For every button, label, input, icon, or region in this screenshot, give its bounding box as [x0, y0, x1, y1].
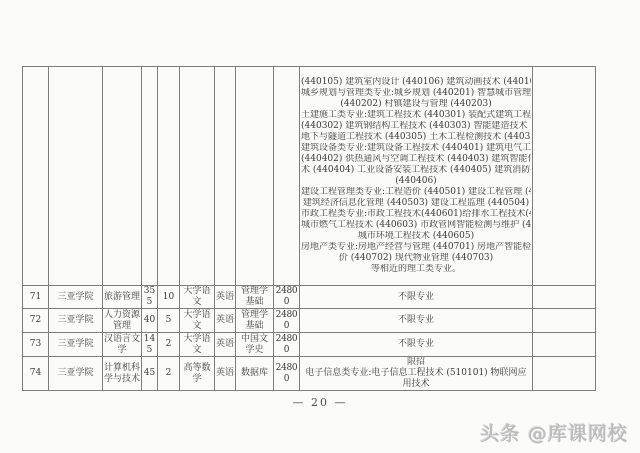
- exam-subject3-cell: 管理学基础: [236, 309, 274, 333]
- page-number: — 20 —: [0, 396, 640, 409]
- empty-cell: [533, 286, 596, 309]
- empty-cell: [158, 67, 180, 286]
- empty-cell: [103, 67, 142, 286]
- remark-line: 不限专业: [301, 339, 531, 350]
- count-cell: 2: [158, 357, 180, 391]
- empty-cell: [274, 67, 300, 286]
- count-cell: 10: [158, 286, 180, 309]
- major-cell: 人力资源管理: [103, 309, 142, 333]
- exam-subject3-cell: 管理学基础: [236, 286, 274, 309]
- remark-line: 不限专业: [301, 292, 531, 303]
- major-list-line: (440402) 供热通风与空调工程技术 (440403) 建筑智能化工程技: [301, 154, 531, 165]
- major-list-line: 市政工程类专业:市政工程技术(440601)给排水工程技术(440602): [301, 209, 531, 220]
- row-number-cell: 73: [23, 333, 49, 357]
- table-row: 74 三亚学院 计算机科学与技术 45 2 高等数学 英语 数据库 24800 …: [23, 357, 596, 391]
- major-list-line: 城市燃气工程技术 (440603) 市政管网智能检测与维护 (440604): [301, 220, 531, 231]
- major-list-line: 房地产类专业:房地产经营与管理 (440701) 房地产智能检测与估: [301, 242, 531, 253]
- exam-subject2-cell: 英语: [215, 357, 236, 391]
- major-list-line: 价 (440702) 现代物业管理 (440703): [301, 253, 531, 264]
- empty-cell: [180, 67, 215, 286]
- fee-cell: 24800: [274, 333, 300, 357]
- fee-cell: 24800: [274, 309, 300, 333]
- table-row: 72 三亚学院 人力资源管理 40 5 大学语文 英语 管理学基础 24800 …: [23, 309, 596, 333]
- major-list-line: (440406): [301, 176, 531, 187]
- major-list-line: 土建施工类专业:建筑工程技术 (440301) 装配式建筑工程技术: [301, 110, 531, 121]
- major-list-line: (440302) 建筑钢结构工程技术 (440303) 智能建造技术 (4403…: [301, 121, 531, 132]
- major-list-line: 建筑设备类专业:建筑设备工程技术 (440401) 建筑电气工程技术: [301, 143, 531, 154]
- major-list-line: 等相近的理工类专业。: [301, 264, 531, 275]
- major-list-line: 术 (440404) 工业设备安装工程技术 (440405) 建筑消防技术: [301, 165, 531, 176]
- exam-subject1-cell: 高等数学: [180, 357, 215, 391]
- empty-cell: [142, 67, 158, 286]
- exam-subject3-cell: 数据库: [236, 357, 274, 391]
- exam-subject1-cell: 大学语文: [180, 333, 215, 357]
- college-cell: 三亚学院: [49, 309, 103, 333]
- major-list-line: 城市环境工程技术 (440605): [301, 231, 531, 242]
- table-row-continuation: (440105) 建筑室内设计 (440106) 建筑动画技术 (440107)…: [23, 67, 596, 286]
- major-list-line: 城乡规划与管理类专业:城乡规划 (440201) 智慧城市管理技术: [301, 88, 531, 99]
- row-number-cell: 74: [23, 357, 49, 391]
- empty-cell: [23, 67, 49, 286]
- remark-line: 限招: [301, 357, 531, 368]
- table-row: 71 三亚学院 旅游管理 355 10 大学语文 英语 管理学基础 24800 …: [23, 286, 596, 309]
- empty-cell: [215, 67, 236, 286]
- count-cell: 5: [158, 309, 180, 333]
- remark-cell: 限招 电子信息类专业:电子信息工程技术 (510101) 物联网应用技术: [300, 357, 533, 391]
- empty-cell: [533, 333, 596, 357]
- exam-subject2-cell: 英语: [215, 333, 236, 357]
- row-number-cell: 72: [23, 309, 49, 333]
- table-row: 73 三亚学院 汉语言文学 145 2 大学语文 英语 中国文学史 24800 …: [23, 333, 596, 357]
- enrollment-plan-table: (440105) 建筑室内设计 (440106) 建筑动画技术 (440107)…: [22, 66, 596, 391]
- quota-cell: 45: [142, 357, 158, 391]
- exam-subject2-cell: 英语: [215, 309, 236, 333]
- empty-cell: [533, 67, 596, 286]
- empty-cell: [533, 357, 596, 391]
- exam-subject1-cell: 大学语文: [180, 309, 215, 333]
- major-list-line: (440202) 村镇建设与管理 (440203): [301, 99, 531, 110]
- remark-cell: 不限专业: [300, 286, 533, 309]
- college-cell: 三亚学院: [49, 357, 103, 391]
- remark-cell: 不限专业: [300, 333, 533, 357]
- major-list-line: 建筑经济信息化管理 (440503) 建设工程监理 (440504): [301, 198, 531, 209]
- empty-cell: [533, 309, 596, 333]
- count-cell: 2: [158, 333, 180, 357]
- quota-cell: 40: [142, 309, 158, 333]
- scanned-document-page: (440105) 建筑室内设计 (440106) 建筑动画技术 (440107)…: [0, 0, 640, 453]
- fee-cell: 24800: [274, 357, 300, 391]
- fee-cell: 24800: [274, 286, 300, 309]
- major-cell: 汉语言文学: [103, 333, 142, 357]
- quota-cell: 355: [142, 286, 158, 309]
- major-list-line: 建设工程管理类专业:工程造价 (440501) 建设工程管理 (440502): [301, 187, 531, 198]
- exam-subject1-cell: 大学语文: [180, 286, 215, 309]
- remark-line: 电子信息类专业:电子信息工程技术 (510101) 物联网应用技术: [301, 368, 531, 390]
- toutiao-watermark: 头条 @库课网校: [480, 419, 628, 446]
- quota-cell: 145: [142, 333, 158, 357]
- remark-cell: 不限专业: [300, 309, 533, 333]
- major-list-line: (440105) 建筑室内设计 (440106) 建筑动画技术 (440107): [301, 77, 531, 88]
- major-cell: 旅游管理: [103, 286, 142, 309]
- row-number-cell: 71: [23, 286, 49, 309]
- empty-cell: [236, 67, 274, 286]
- major-cell: 计算机科学与技术: [103, 357, 142, 391]
- major-list-line: 地下与隧道工程技术 (440305) 土木工程检测技术 (440306): [301, 132, 531, 143]
- remark-line: 不限专业: [301, 315, 531, 326]
- college-cell: 三亚学院: [49, 333, 103, 357]
- major-list-continuation-cell: (440105) 建筑室内设计 (440106) 建筑动画技术 (440107)…: [300, 67, 533, 286]
- exam-subject2-cell: 英语: [215, 286, 236, 309]
- exam-subject3-cell: 中国文学史: [236, 333, 274, 357]
- empty-cell: [49, 67, 103, 286]
- college-cell: 三亚学院: [49, 286, 103, 309]
